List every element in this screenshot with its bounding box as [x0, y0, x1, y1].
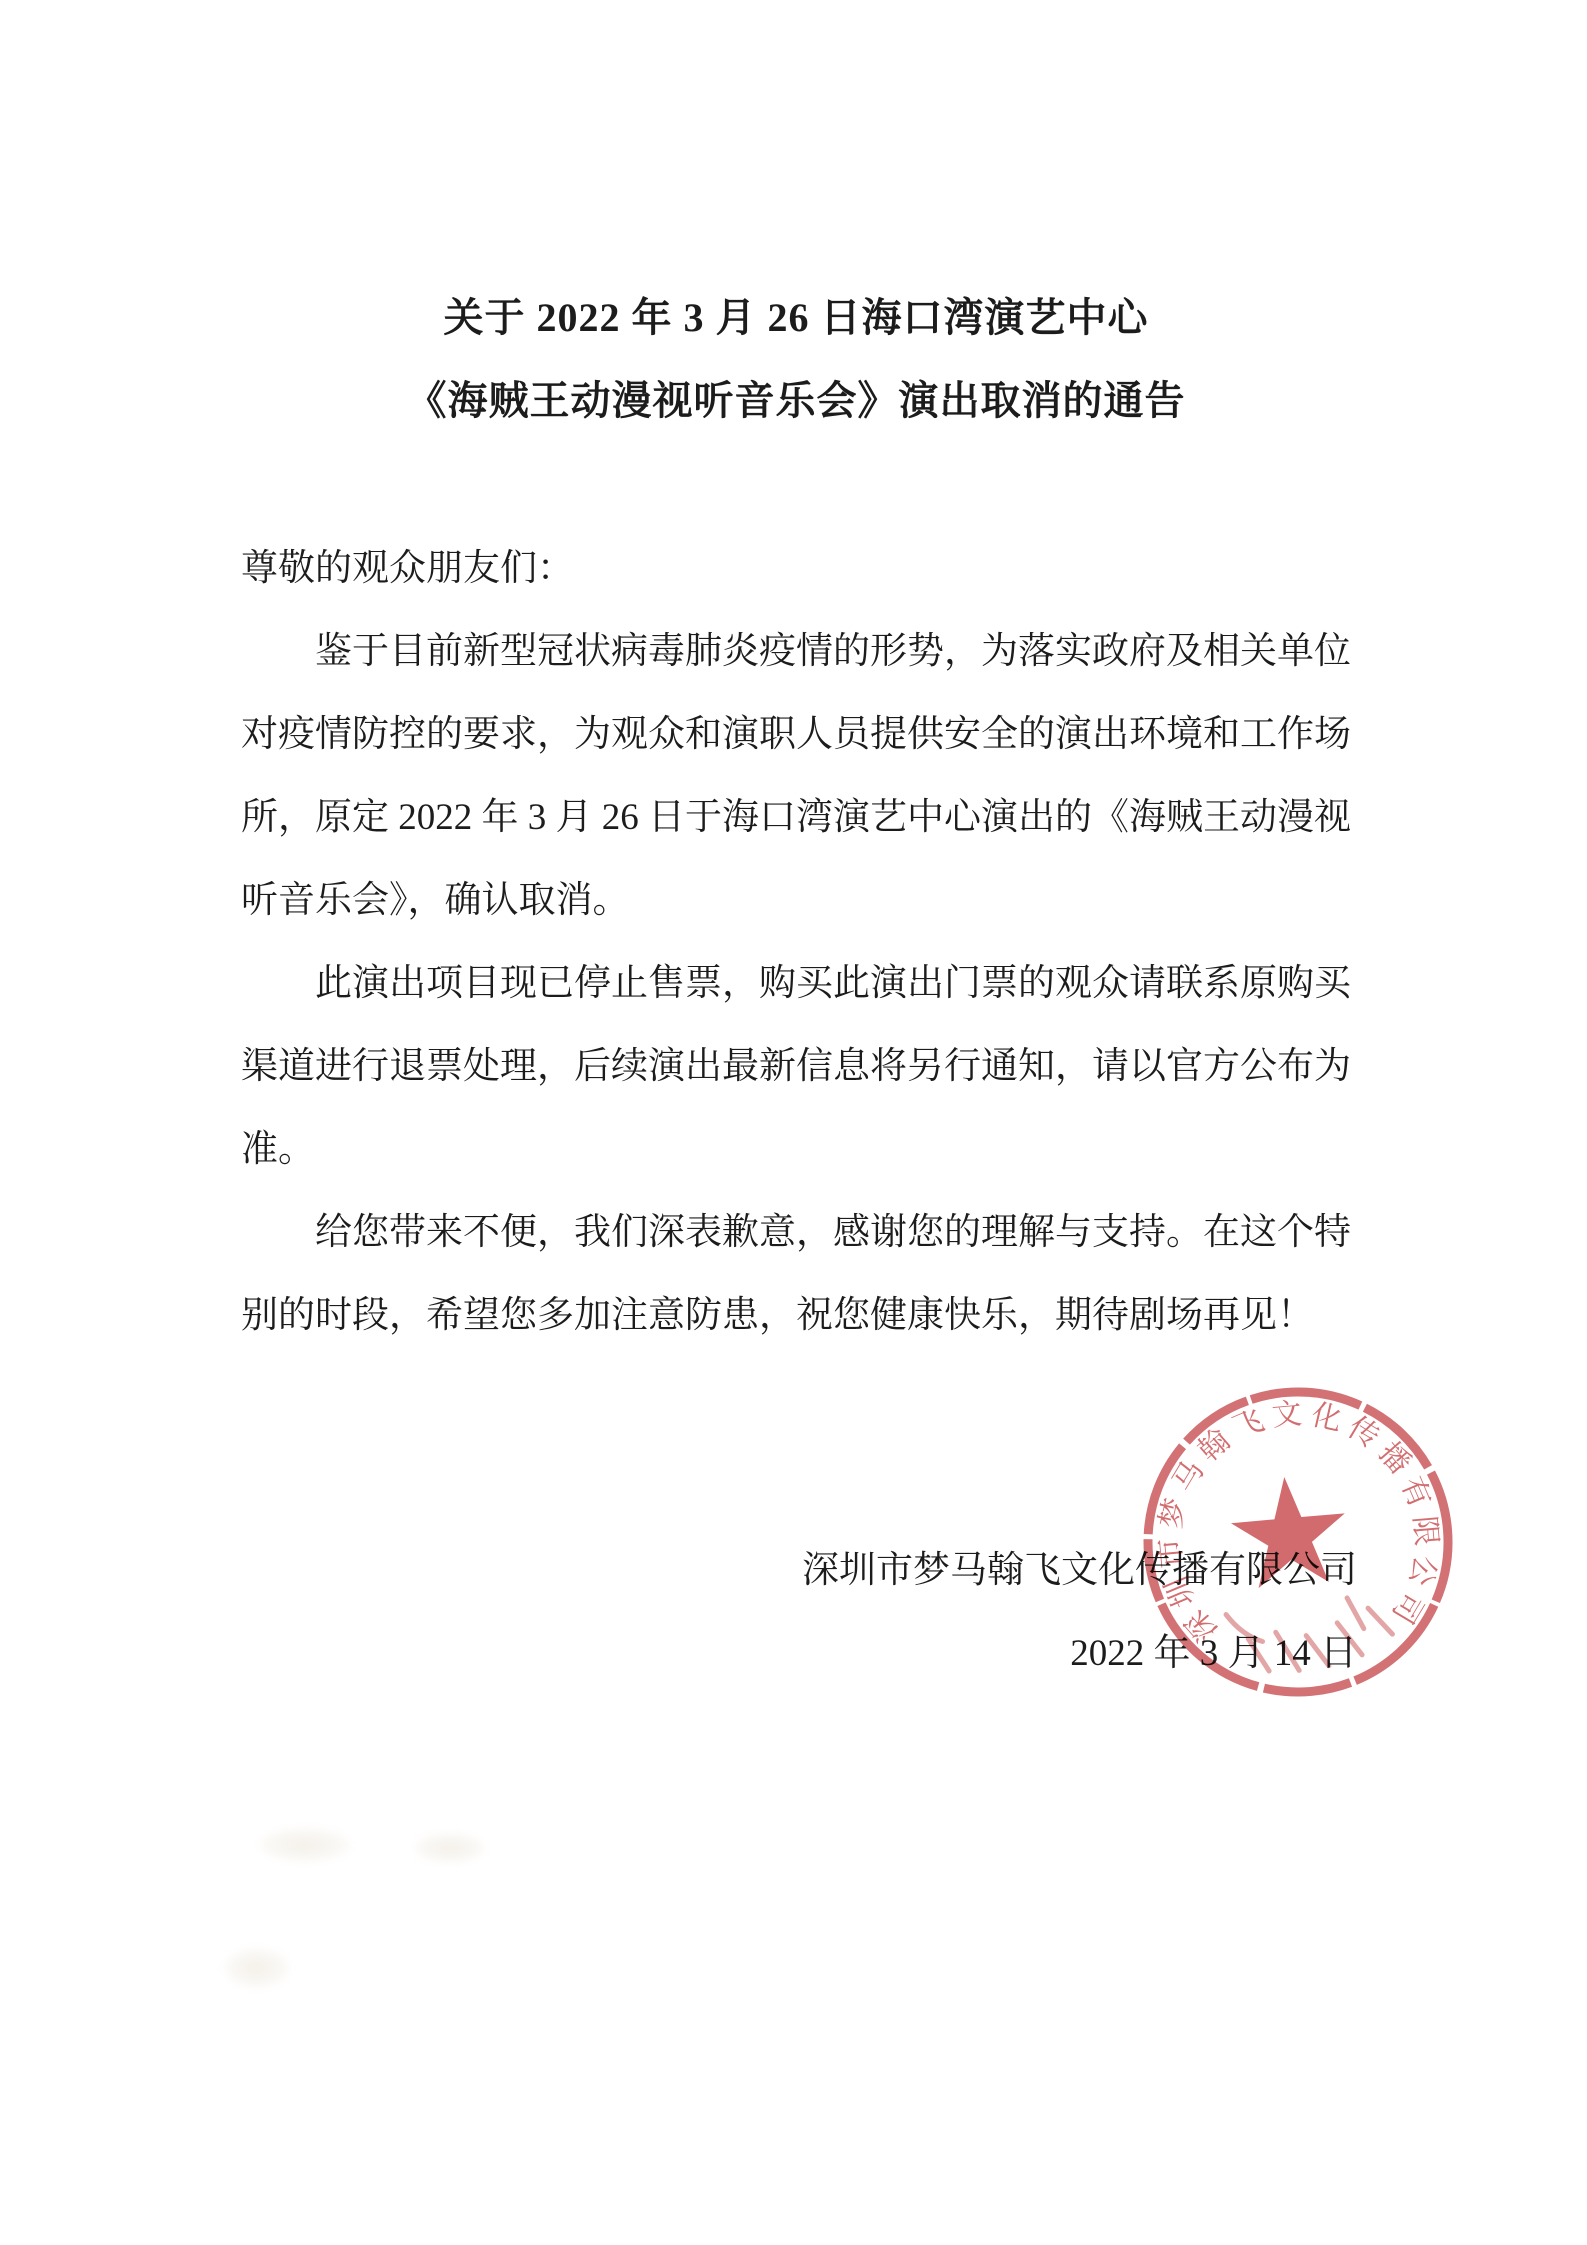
- svg-text:马: 马: [1167, 1455, 1211, 1498]
- body-line: 对疫情防控的要求，为观众和演职人员提供安全的演出环境和工作场: [241, 693, 1371, 776]
- svg-text:化: 化: [1308, 1398, 1345, 1437]
- svg-text:飞: 飞: [1228, 1404, 1269, 1446]
- svg-text:文: 文: [1271, 1397, 1304, 1432]
- body-line: 渠道进行退票处理，后续演出最新信息将另行通知，请以官方公布为: [241, 1025, 1371, 1108]
- notice-title: 关于 2022 年 3 月 26 日海口湾演艺中心 《海贼王动漫视听音乐会》演出…: [241, 276, 1351, 442]
- body-line: 准。: [241, 1108, 1371, 1191]
- svg-text:司: 司: [1385, 1586, 1429, 1629]
- body-line: 听音乐会》，确认取消。: [241, 859, 1371, 942]
- svg-text:限: 限: [1407, 1515, 1442, 1548]
- body-line: 鉴于目前新型冠状病毒肺炎疫情的形势，为落实政府及相关单位: [241, 610, 1371, 693]
- svg-text:公: 公: [1403, 1552, 1442, 1589]
- body-line: 给您带来不便，我们深表歉意，感谢您的理解与支持。在这个特: [241, 1191, 1371, 1274]
- svg-text:有: 有: [1394, 1472, 1436, 1513]
- body-line: 此演出项目现已停止售票，购买此演出门票的观众请联系原购买: [241, 942, 1371, 1025]
- body-line: 所，原定 2022 年 3 月 26 日于海口湾演艺中心演出的《海贼王动漫视: [241, 776, 1371, 859]
- svg-text:传: 传: [1342, 1411, 1385, 1455]
- signature-date: 2022 年 3 月 14 日: [802, 1612, 1357, 1695]
- signature-block: 深圳市梦马翰飞文化传播有限公司 2022 年 3 月 14 日: [802, 1529, 1357, 1695]
- svg-text:梦: 梦: [1154, 1495, 1193, 1532]
- scan-smudge: [260, 1828, 350, 1862]
- svg-text:翰: 翰: [1192, 1423, 1236, 1468]
- notice-title-line-1: 关于 2022 年 3 月 26 日海口湾演艺中心: [241, 276, 1351, 359]
- svg-text:播: 播: [1372, 1436, 1417, 1480]
- body-line-salutation: 尊敬的观众朋友们：: [241, 527, 1371, 610]
- signature-company: 深圳市梦马翰飞文化传播有限公司: [802, 1529, 1357, 1612]
- body-line: 别的时段，希望您多加注意防患，祝您健康快乐，期待剧场再见！: [241, 1274, 1371, 1357]
- scan-smudge: [225, 1948, 289, 1988]
- notice-document-page: 关于 2022 年 3 月 26 日海口湾演艺中心 《海贼王动漫视听音乐会》演出…: [0, 0, 1587, 2245]
- scan-smudge: [415, 1833, 485, 1863]
- notice-body: 尊敬的观众朋友们： 鉴于目前新型冠状病毒肺炎疫情的形势，为落实政府及相关单位 对…: [241, 527, 1371, 1357]
- notice-title-line-2: 《海贼王动漫视听音乐会》演出取消的通告: [241, 359, 1351, 442]
